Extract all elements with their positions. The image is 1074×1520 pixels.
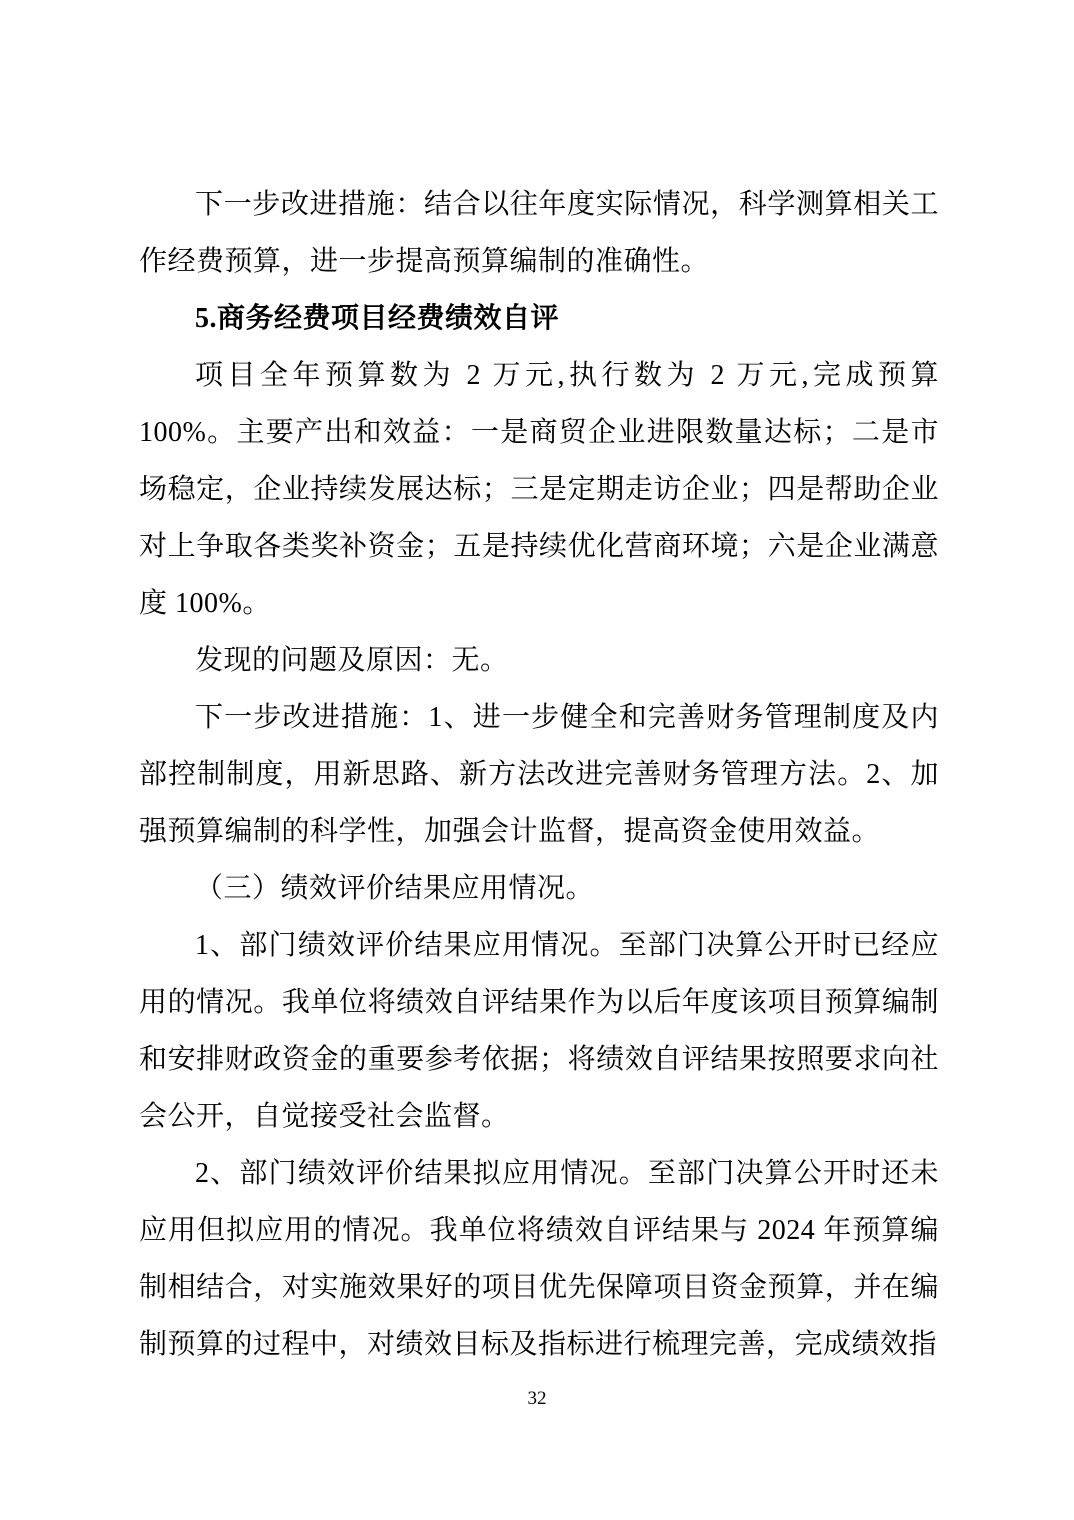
page-number: 32: [528, 1388, 547, 1409]
paragraph-section-3-results-application-title: （三）绩效评价结果应用情况。: [139, 860, 939, 917]
paragraph-next-step-measures-section5: 下一步改进措施：1、进一步健全和完善财务管理制度及内部控制制度，用新思路、新方法…: [139, 689, 939, 860]
paragraph-results-to-be-applied: 2、部门绩效评价结果拟应用情况。至部门决算公开时还未应用但拟应用的情况。我单位将…: [139, 1145, 939, 1373]
paragraph-problems-found: 发现的问题及原因：无。: [139, 632, 939, 689]
heading-section-5-business-expense-self-eval: 5.商务经费项目经费绩效自评: [139, 290, 939, 347]
paragraph-results-already-applied: 1、部门绩效评价结果应用情况。至部门决算公开时已经应用的情况。我单位将绩效自评结…: [139, 917, 939, 1145]
paragraph-next-step-measures-section4: 下一步改进措施：结合以往年度实际情况，科学测算相关工作经费预算，进一步提高预算编…: [139, 176, 939, 290]
paragraph-project-budget-and-outputs: 项目全年预算数为 2 万元,执行数为 2 万元,完成预算 100%。主要产出和效…: [139, 347, 939, 632]
document-body: 下一步改进措施：结合以往年度实际情况，科学测算相关工作经费预算，进一步提高预算编…: [139, 176, 939, 1373]
page-footer: 32: [0, 1384, 1074, 1414]
